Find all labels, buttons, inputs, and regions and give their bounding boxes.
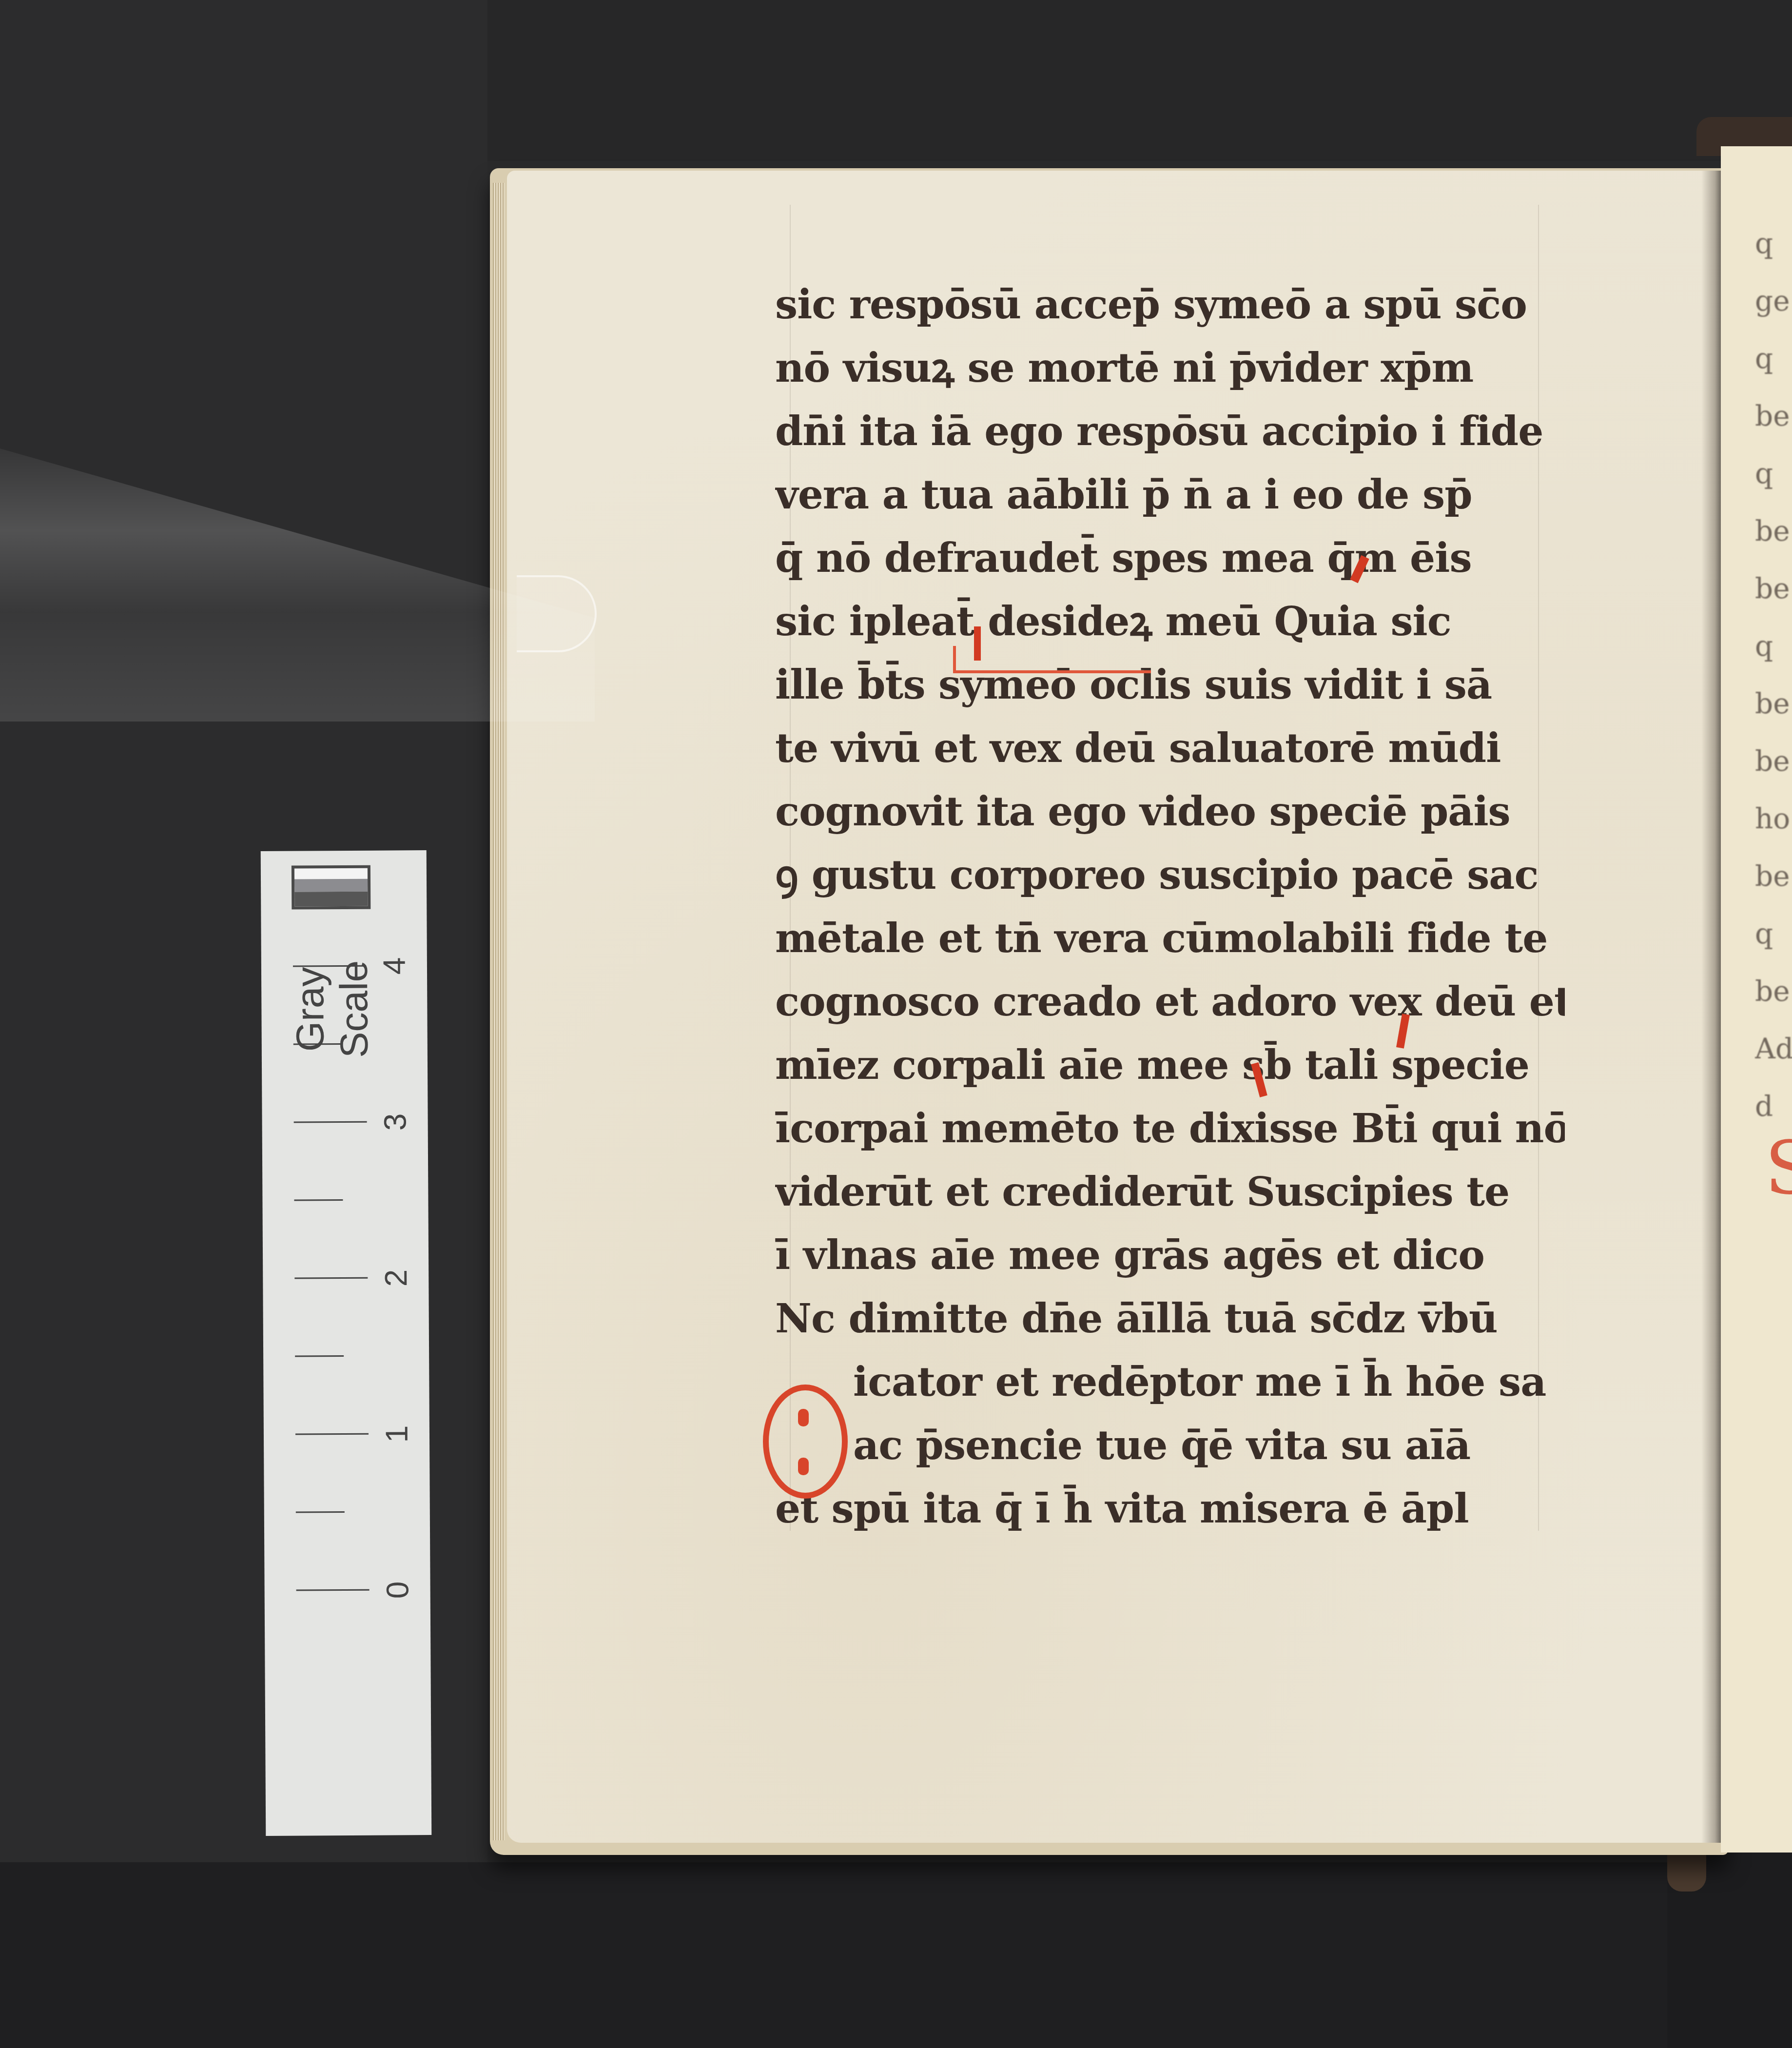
facing-page-text: q ge q be q be be q be be ho be q be Ad … (1755, 215, 1792, 1482)
gutter-shadow (1701, 171, 1721, 1843)
text-line: cognovit ita ego video speciē pāis (775, 780, 1565, 843)
ruler-tick (295, 1433, 369, 1435)
ruler-number: 0 (379, 1581, 415, 1599)
text-line: cognosco creado et adoro vex deū et ho (775, 970, 1565, 1034)
text-line: sic respōsū accep̄ symeō a spū sc̄o (775, 273, 1565, 336)
gray-swatches (292, 865, 370, 905)
ruler-number: 4 (376, 957, 412, 975)
initial-bowl (763, 1385, 848, 1499)
text-line: mētale et tn̄ vera cūmolabili fide te (775, 907, 1565, 970)
text-line: mīez corpali aīe mee sb̄ tali specie (775, 1034, 1565, 1097)
text-line: et spū ita q̄ ī h̄ vita misera ē āpl (775, 1477, 1565, 1541)
initial-dot (798, 1409, 809, 1426)
text-block: sic respōsū accep̄ symeō a spū sc̄o nō v… (775, 273, 1565, 1541)
text-line: te vivū et vex deū saluatorē mūdi (775, 717, 1565, 780)
ruler-tick (296, 1589, 370, 1591)
ruler-number: 1 (379, 1425, 415, 1443)
text-line: viderūt et crediderūt Suscipies te (775, 1160, 1565, 1224)
ruler-tick (295, 1355, 344, 1357)
swatch-gray (294, 879, 368, 892)
ruler: 0 1 2 3 4 (293, 965, 443, 1721)
text-line: dn̄i ita iā ego respōsū accipio i fide (775, 400, 1565, 463)
bookmark-strip-tip (517, 575, 597, 652)
swatch-dark (294, 892, 368, 907)
initial-dot (798, 1458, 809, 1475)
decorated-initial (758, 1365, 851, 1502)
text-line: ꝯ gustu corporeo suscipio pacē sac (775, 843, 1565, 907)
ruler-tick (293, 1043, 342, 1045)
page-edges (493, 183, 505, 1840)
ruler-tick (294, 1121, 367, 1123)
text-line: vera a tua aābili p̄ n̄ a i eo de sp̄ (775, 463, 1565, 527)
rubric-bracket (953, 646, 1151, 673)
ruler-tick (294, 1277, 368, 1279)
ruler-number: 3 (377, 1113, 413, 1131)
text-line: icator et redēptor me ī h̄ hōe sa (775, 1350, 1565, 1414)
ruler-tick (293, 965, 366, 967)
text-line: ac p̄sencie tue q̄ē vita su aīā (775, 1414, 1565, 1477)
text-line: nō visuꝝ se mortē ni p̄vider xp̄m (775, 336, 1565, 400)
text-line: ille b̄t̄s symeō oclis suis vidit i sā (775, 653, 1565, 717)
ruler-number: 2 (378, 1269, 414, 1287)
ruler-tick (296, 1511, 345, 1513)
background-bottom (0, 1862, 1706, 2048)
text-line: Nc dimitte dn̄e āīllā tuā sc̄dz v̄bū (775, 1287, 1565, 1350)
text-line: sic ipleat̄ desideꝝ meū Quia sic (775, 590, 1565, 653)
text-line: q̄ nō defraudet̄ spes mea q̄m ēis (775, 527, 1565, 590)
text-line: ī vlnas aīe mee grās agēs et dico (775, 1224, 1565, 1287)
text-line: īcorpai memēto te dixisse Bt̄i qui nō (775, 1097, 1565, 1160)
facing-page-initial: S (1765, 1126, 1792, 1211)
ruler-tick (294, 1199, 343, 1201)
gray-scale-card: Gray Scale 0 1 2 3 4 (261, 850, 432, 1836)
rubric-stroke (974, 626, 981, 661)
